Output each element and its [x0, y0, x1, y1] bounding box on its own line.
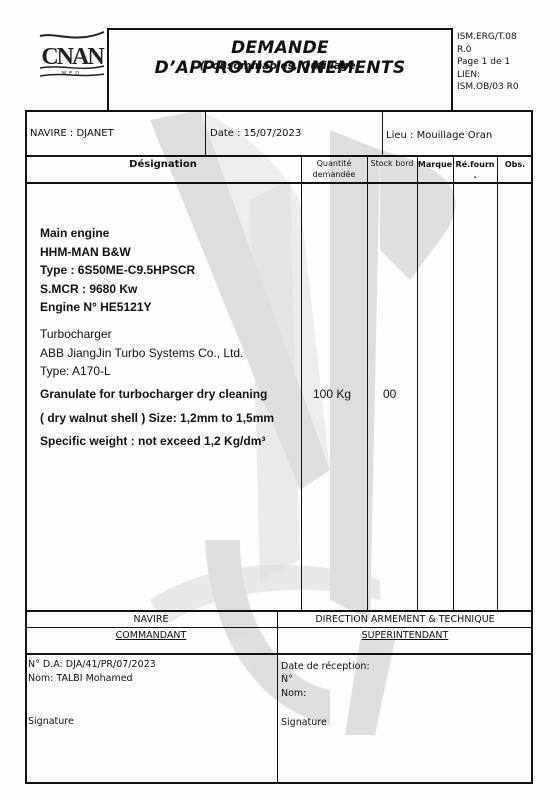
engine-number: Engine N° HE5121Y	[40, 298, 195, 317]
ref-link-label: LIEN:	[457, 69, 519, 82]
ref-page: Page 1 de 1	[457, 56, 519, 69]
main-table-frame	[25, 110, 533, 655]
footer-left-heading: NAVIRE	[25, 614, 277, 625]
navire-field: NAVIRE : DJANET	[30, 128, 114, 139]
commandant-signature-label: Signature	[28, 716, 74, 727]
superintendant-name-label: Nom:	[281, 688, 306, 699]
footer-left-subheading: COMMANDANT	[25, 630, 277, 641]
column-header-quantite: Quantité demandée	[301, 159, 367, 180]
lieu-field: Lieu : Mouillage Oran	[386, 130, 492, 141]
column-header-ref-fourn: Ré.fourn .	[453, 160, 497, 181]
item-designation-line-2: ( dry walnut shell ) Size: 1,2mm to 1,5m…	[40, 411, 274, 425]
turbo-label: Turbocharger	[40, 325, 243, 344]
svg-text:MED: MED	[62, 71, 82, 77]
document-title: DEMANDE D’APPROVISIONNEMENTS	[109, 38, 451, 78]
column-header-designation: Désignation	[25, 160, 301, 171]
item-quantity: 100 Kg	[313, 387, 351, 401]
column-header-stock-bord: Stock bord	[367, 159, 417, 170]
date-field: Date : 15/07/2023	[210, 128, 301, 139]
engine-label: Main engine	[40, 224, 195, 243]
engine-smcr: S.MCR : 9680 Kw	[40, 280, 195, 299]
column-header-marque: Marque	[417, 160, 453, 171]
item-stock-bord: 00	[383, 387, 396, 401]
footer-right-subheading: SUPERINTENDANT	[277, 630, 533, 641]
title-box: DEMANDE D’APPROVISIONNEMENTS (Consommabl…	[107, 28, 453, 110]
engine-maker: HHM-MAN B&W	[40, 243, 195, 262]
document-subtitle: (Consommables, Outillage)	[109, 60, 451, 72]
da-number: N° D.A: DJA/41/PR/07/2023	[28, 659, 156, 670]
turbocharger-description: Turbocharger ABB JiangJin Turbo Systems …	[40, 325, 243, 381]
reception-number-label: N°	[281, 674, 293, 685]
document-reference: ISM.ERG/T.08 R.0 Page 1 de 1 LIEN: ISM.O…	[457, 31, 519, 94]
ref-code: ISM.ERG/T.08	[457, 31, 519, 44]
svg-text:CNAN: CNAN	[41, 44, 105, 70]
superintendant-signature-label: Signature	[281, 717, 327, 728]
cnan-logo-icon: CNAN MED	[36, 30, 108, 78]
item-designation-line-1: Granulate for turbocharger dry cleaning	[40, 387, 267, 401]
commandant-name: Nom: TALBI Mohamed	[28, 673, 133, 684]
column-header-obs: Obs.	[497, 160, 533, 171]
date-reception-label: Date de réception:	[281, 661, 370, 672]
item-designation-line-3: Specific weight : not exceed 1,2 Kg/dm³	[40, 434, 265, 448]
footer-right-heading: DIRECTION ARMEMENT & TECHNIQUE	[277, 614, 533, 625]
engine-type: Type : 6S50ME-C9.5HPSCR	[40, 261, 195, 280]
ref-revision: R.0	[457, 44, 519, 57]
turbo-maker: ABB JiangJin Turbo Systems Co., Ltd.	[40, 344, 243, 363]
ref-link: ISM.OB/03 R0	[457, 81, 519, 94]
turbo-type: Type: A170-L	[40, 362, 243, 381]
engine-description: Main engine HHM-MAN B&W Type : 6S50ME-C9…	[40, 224, 195, 317]
